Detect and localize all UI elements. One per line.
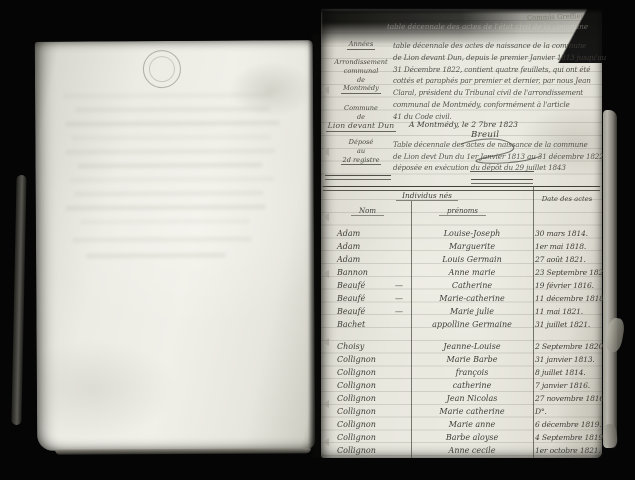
cell-date: 23 Septembre 1822. xyxy=(535,268,610,277)
certification-line: table décennale des actes de naissance d… xyxy=(393,41,586,50)
margin-note-line: Montmédy xyxy=(341,84,381,94)
margin-note-line: au xyxy=(357,147,365,155)
table-row: Collignon Marie catherine D°. xyxy=(321,407,602,419)
tear-mark-icon xyxy=(322,338,329,346)
ink-bleedthrough-line xyxy=(70,176,275,182)
table-row: Collignon Marie anne 6 décembre 1819. xyxy=(321,420,602,432)
cell-nom: Bannon xyxy=(337,268,368,277)
nom-label: Nom xyxy=(351,207,384,216)
table-row: Collignon Marie Barbe 31 janvier 1813. xyxy=(321,355,602,367)
cell-date: 31 juillet 1821. xyxy=(535,320,590,329)
table-row: Adam Louise-Joseph 30 mars 1814. xyxy=(321,229,602,241)
table-row: Beaufé Marie-catherine 11 décembre 1818.… xyxy=(321,294,602,306)
table-row: Collignon Barbe aloyse 4 Septembre 1819. xyxy=(321,433,602,445)
cell-prenoms: Louis Germain xyxy=(413,255,531,264)
certification-line: 31 Décembre 1822, contient quatre feuill… xyxy=(393,65,590,74)
cell-nom: Collignon xyxy=(337,368,376,377)
prenoms-label: prénoms xyxy=(439,207,486,216)
cell-nom: Adam xyxy=(337,242,360,251)
table-row: Adam Louis Germain 27 août 1821. xyxy=(321,255,602,267)
left-binding-edge xyxy=(11,175,26,425)
deposit-underline xyxy=(470,171,534,172)
cell-date: D°. xyxy=(535,407,547,416)
cell-prenoms: françois xyxy=(413,368,531,377)
group-header-label: Individus nés xyxy=(396,191,458,201)
cell-date: 27 novembre 1816. xyxy=(535,394,606,403)
cell-date: 1er mai 1818. xyxy=(535,242,586,251)
tear-mark-icon xyxy=(322,270,329,278)
cell-nom: Beaufé xyxy=(337,294,365,303)
cell-prenoms: Marie Barbe xyxy=(413,355,531,364)
ink-bleedthrough-line xyxy=(63,92,273,98)
cell-nom: Collignon xyxy=(337,420,376,429)
table-row: Bachet appolline Germaine 31 juillet 182… xyxy=(321,320,602,332)
margin-rule xyxy=(325,175,391,180)
tear-mark-icon xyxy=(322,400,329,408)
cell-prenoms: Marie anne xyxy=(413,420,531,429)
cell-date: 4 Septembre 1819. xyxy=(535,433,605,442)
cell-prenoms: Barbe aloyse xyxy=(413,433,531,442)
cell-date: 8 juillet 1814. xyxy=(535,368,585,377)
page-stack-bottom-edge xyxy=(55,448,311,454)
scanned-register-spread: table décennale des actes de l'état civi… xyxy=(0,0,635,480)
cell-nom: Bachet xyxy=(337,320,365,329)
ink-bleedthrough-line xyxy=(71,134,271,140)
ink-bleedthrough-line xyxy=(75,106,270,112)
table-row: Adam Marguerite 1er mai 1818. xyxy=(321,242,602,254)
cell-nom: Choisy xyxy=(337,342,364,351)
cell-date: 19 février 1816. xyxy=(535,281,594,290)
table-row: Collignon Anne cecile 1er octobre 1821. xyxy=(321,446,602,458)
cell-prenoms: appolline Germaine xyxy=(413,320,531,329)
margin-note-line: de xyxy=(357,113,365,121)
table-row: Collignon françois 8 juillet 1814. xyxy=(321,368,602,380)
ink-bleedthrough-line xyxy=(77,162,262,168)
cell-nom: Beaufé xyxy=(337,307,365,316)
margin-note-line: communal xyxy=(344,67,379,75)
tear-mark-icon xyxy=(322,148,329,156)
margin-note-line: Déposé xyxy=(349,138,374,146)
tear-mark-icon xyxy=(322,86,329,94)
cell-prenoms: Anne marie xyxy=(413,268,531,277)
cell-date: 11 mai 1821. xyxy=(535,307,583,316)
row-dash-mark: — xyxy=(395,307,403,316)
cell-nom: Collignon xyxy=(337,407,376,416)
table-row: Collignon catherine 7 janvier 1816. xyxy=(321,381,602,393)
cell-nom: Collignon xyxy=(337,394,376,403)
place-date-line: A Montmédy, le 2 7bre 1823 xyxy=(409,120,518,129)
cell-prenoms: Anne cecile xyxy=(413,446,531,455)
tear-mark-icon xyxy=(322,213,329,221)
cell-prenoms: Marie-catherine xyxy=(413,294,531,303)
margin-note: Années xyxy=(325,40,397,50)
cell-nom: Adam xyxy=(337,255,360,264)
deposit-line: Table décennale des actes de naissance d… xyxy=(393,140,588,149)
cell-date: 31 janvier 1813. xyxy=(535,355,595,364)
tear-mark-icon xyxy=(322,438,329,446)
cell-nom: Adam xyxy=(337,229,360,238)
ink-bleedthrough xyxy=(35,40,313,42)
cell-prenoms: Catherine xyxy=(413,281,531,290)
cell-prenoms: Marie catherine xyxy=(413,407,531,416)
cell-date: 30 mars 1814. xyxy=(535,229,588,238)
certification-line: Claral, président du Tribunal civil de l… xyxy=(393,88,583,97)
right-page-stack-edge xyxy=(603,110,617,448)
ink-bleedthrough-line xyxy=(80,219,250,225)
margin-note-line: 2d registre xyxy=(341,156,382,166)
cell-prenoms: Jeanne-Louise xyxy=(413,342,531,351)
column-header-nom: Nom xyxy=(351,207,384,215)
margin-note: ArrondissementcommunaldeMontmédy xyxy=(325,58,397,94)
cell-nom: Collignon xyxy=(337,433,376,442)
cell-date: 6 décembre 1819. xyxy=(535,420,602,429)
cell-date: 27 août 1821. xyxy=(535,255,586,264)
ink-bleedthrough-line xyxy=(86,253,226,259)
row-dash-mark: — xyxy=(395,294,403,303)
margin-note-line: Années xyxy=(347,40,375,50)
cell-date: 11 décembre 1818. xyxy=(535,294,606,303)
cell-date: 2 Septembre 1820. xyxy=(535,342,605,351)
cell-nom: Beaufé xyxy=(337,281,365,290)
certification-line: communal de Montmédy, conformément à l'a… xyxy=(393,100,570,109)
table-row: Beaufé Marie julie 11 mai 1821. — xyxy=(321,307,602,319)
cell-prenoms: Jean Nicolas xyxy=(413,394,531,403)
cell-prenoms: Marie julie xyxy=(413,307,531,316)
margin-note-line: Commune xyxy=(344,104,378,112)
right-page: table décennale des actes de l'état civi… xyxy=(321,8,602,458)
column-header-prenoms: prénoms xyxy=(439,207,486,215)
cell-date: 7 janvier 1816. xyxy=(535,381,590,390)
certification-line: cottés et paraphés par premier et dernie… xyxy=(393,76,591,85)
ink-bleedthrough-line xyxy=(72,237,252,243)
margin-note-line: Arrondissement xyxy=(334,58,387,66)
deposit-line: de Lion devt Dun du 1er Janvier 1813 au … xyxy=(393,152,604,161)
margin-note-line: Lion devant Dun xyxy=(326,122,397,132)
row-dash-mark: — xyxy=(395,281,403,290)
table-row: Beaufé Catherine 19 février 1816. — xyxy=(321,281,602,293)
table-row: Choisy Jeanne-Louise 2 Septembre 1820. xyxy=(321,342,602,354)
cell-nom: Collignon xyxy=(337,381,376,390)
margin-note-line: de xyxy=(357,76,365,84)
cell-nom: Collignon xyxy=(337,446,376,455)
margin-note: Lion devant Dun xyxy=(325,122,397,132)
ink-bleedthrough-line xyxy=(74,190,264,196)
cell-prenoms: Louise-Joseph xyxy=(413,229,531,238)
archive-stamp-icon xyxy=(143,50,181,88)
deposit-rule xyxy=(471,179,533,184)
ink-bleedthrough-line xyxy=(66,204,266,210)
ink-bleedthrough-line xyxy=(65,148,275,154)
cell-date: 1er octobre 1821. xyxy=(535,446,601,455)
margin-note: Déposéau2d registre xyxy=(325,138,397,165)
left-blank-page xyxy=(35,40,315,451)
table-group-header: Individus nés xyxy=(341,191,513,200)
margin-note: Communede xyxy=(325,104,397,122)
certification-line: de Lion devant Dun, depuis le premier Ja… xyxy=(393,53,606,62)
obscured-header-line: table décennale des actes de l'état civi… xyxy=(387,22,588,31)
table-row: Bannon Anne marie 23 Septembre 1822. xyxy=(321,268,602,280)
scanner-top-band xyxy=(0,0,635,14)
table-date-header: Date des actes xyxy=(535,195,599,203)
cell-nom: Collignon xyxy=(337,355,376,364)
cell-prenoms: Marguerite xyxy=(413,242,531,251)
table-row: Collignon Jean Nicolas 27 novembre 1816. xyxy=(321,394,602,406)
ink-bleedthrough-line xyxy=(65,120,280,126)
cell-prenoms: catherine xyxy=(413,381,531,390)
